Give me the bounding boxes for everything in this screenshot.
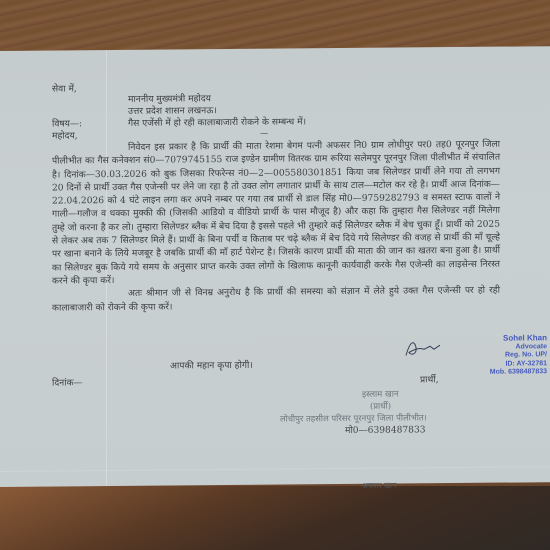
body-paragraph-2: अतः श्रीमान जी से विनम्र अनुरोध है कि प्…: [52, 285, 500, 316]
wooden-table-top: [0, 0, 550, 52]
bleed-through-text: अफसर खान: [362, 479, 396, 493]
letter-document: सेवा में, माननीय मुख्यमंत्री महोदय उत्तर…: [0, 46, 550, 487]
date-label: दिनांक—: [52, 377, 83, 391]
stamp-mobile: Mob. 6398487833: [455, 368, 547, 377]
applicant-label: प्रार्थी,: [420, 374, 439, 387]
courtesy-line: आपकी महान कृपा होगी।: [170, 360, 253, 374]
signature-icon: [400, 337, 450, 359]
salutation: सेवा में,: [52, 83, 77, 97]
body-paragraph-1: निवेदन इस प्रकार है कि प्रार्थी की माता …: [52, 139, 500, 289]
letter-body: निवेदन इस प्रकार है कि प्रार्थी की माता …: [52, 139, 500, 316]
dash-mark: —: [260, 127, 268, 140]
wooden-table-bottom: [0, 486, 550, 550]
subject-text: गैस एजेंसी में हो रही कालाबाजारी रोकने क…: [128, 116, 306, 131]
sender-phone: मो0—6398487833: [345, 424, 426, 438]
letter-paper: सेवा में, माननीय मुख्यमंत्री महोदय उत्तर…: [0, 46, 550, 487]
advocate-stamp: Sohel Khan Advocate Reg. No. UP/ ID: AY-…: [455, 334, 547, 377]
